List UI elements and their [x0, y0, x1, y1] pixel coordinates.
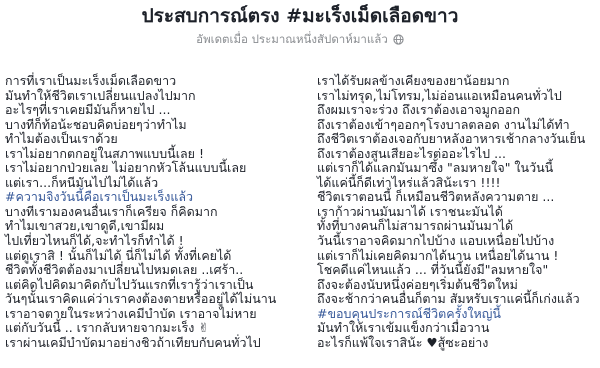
text-line: ไปเที่ยวไหนก็ได้,จะทำไรก็ทำได้ ! — [5, 234, 317, 249]
text-line: บางทีเรามองคนอื่นเราก็เครียจ ก็คิดมาก — [5, 205, 317, 220]
text-line: เราไม่อยากป่วยเลย ไม่อยากหัวโล้นแบบนี้เล… — [5, 161, 317, 176]
text-line: ชีวิตเราตอนนี้ ก็เหมือนชีวิตหลังความตาย … — [317, 190, 600, 205]
text-line: มันทำให้ชีวิตเราเปลี่ยนแปลงไปมาก — [5, 89, 317, 104]
post-body: การที่เราเป็นมะเร็งเม็ดเลือดขาวมันทำให้ช… — [0, 74, 600, 350]
text-line: บางทีก็ท้อน้ะชอบคิดบ่อยๆว่าทำไม — [5, 118, 317, 133]
text-line: เราผ่านเคมีบำบัดมาอย่างชิวถ้าเทียบกับคนท… — [5, 336, 317, 351]
text-line: โชคดีแค่ไหนแล้ว ... ที่วันนี้ยังมี"ลมหาย… — [317, 263, 600, 278]
update-status-row: อัพเดตเมื่อ ประมาณหนึ่งสัปดาห์มาแล้ว — [0, 32, 600, 47]
text-line: ทั้งที่บางคนก็ไม่สามารถผ่านมันมาได้ — [317, 219, 600, 234]
text-line: อะไรๆที่เราเคยมีมันก็หายไป ... — [5, 103, 317, 118]
text-line: แต่ดูเราสิ ! นั้นก็ไม่ได้ นี่ก็ไม่ได้ ทั… — [5, 249, 317, 264]
text-line: แต่กับวันนี้ .. เรากลับหายจากมะเร็ง ✌ — [5, 321, 317, 336]
text-line: วันนี้เราอาจคิดมากไปบ้าง แอบเหนื่อยไปบ้า… — [317, 234, 600, 249]
text-line: ชีวิตทั้งชีวิตต้องมาเปลี่ยนไปหมดเลย ..เศ… — [5, 263, 317, 278]
text-line: ทำไมเขาสวย,เขาดูดี,เขามีผม — [5, 219, 317, 234]
hashtag-line[interactable]: #ความจิงวันนี้คือเราเป็นมะเร็งแล้ว — [5, 190, 317, 205]
post-page: ประสบการณ์ตรง #มะเร็งเม็ดเลือดขาว อัพเดต… — [0, 0, 600, 368]
right-column: เราได้รับผลข้างเคียงของยาน้อยมากเราไม่ทร… — [317, 74, 600, 350]
text-line: การที่เราเป็นมะเร็งเม็ดเลือดขาว — [5, 74, 317, 89]
text-line: ทำไมต้องเป็นเราด้วย — [5, 132, 317, 147]
text-line: อะไรก็แพ้ใจเราสิน้ะ ♥สู้ซะอย่าง — [317, 336, 600, 351]
text-line: เราไม่ทรุด,ไม่โทรม,ไม่อ่อนแอเหมือนคนทั่ว… — [317, 89, 600, 104]
text-line: แต่เราก็ไม่เคยคิดมากได้นาน เหนื่อยได้นาน… — [317, 249, 600, 264]
globe-icon — [393, 34, 404, 45]
update-status-text: อัพเดตเมื่อ ประมาณหนึ่งสัปดาห์มาแล้ว — [196, 32, 388, 47]
text-line: ถึงจะช้ากว่าคนอื่นก็ตาม สัมหรับเราแค่นี้… — [317, 292, 600, 307]
text-line: ถึงผมเราจะร่วง ถึงเราต้องเอาจมูกออก — [317, 103, 600, 118]
text-line: เราได้รับผลข้างเคียงของยาน้อยมาก — [317, 74, 600, 89]
text-line: มันทำให้เราเข้มแข็งกว่าเมื่อวาน — [317, 321, 600, 336]
text-line: แต่เราก็ได้แลกมันมาซึ้ง "ลมหายใจ" ในวันน… — [317, 161, 600, 176]
text-line: วันๆนั้นเราคิดแค่ว่าเราคงต้องตายหรืออยู่… — [5, 292, 317, 307]
left-column: การที่เราเป็นมะเร็งเม็ดเลือดขาวมันทำให้ช… — [0, 74, 317, 350]
text-line: ถึงชีวิตเราต้องเจอกับยาหลังอาหารเช้ากลาง… — [317, 132, 600, 147]
text-line: ถึงเราต้องเข้าๆออกๆโรงบาลตลอด งานไม่ได้ท… — [317, 118, 600, 133]
page-title: ประสบการณ์ตรง #มะเร็งเม็ดเลือดขาว — [0, 4, 600, 28]
